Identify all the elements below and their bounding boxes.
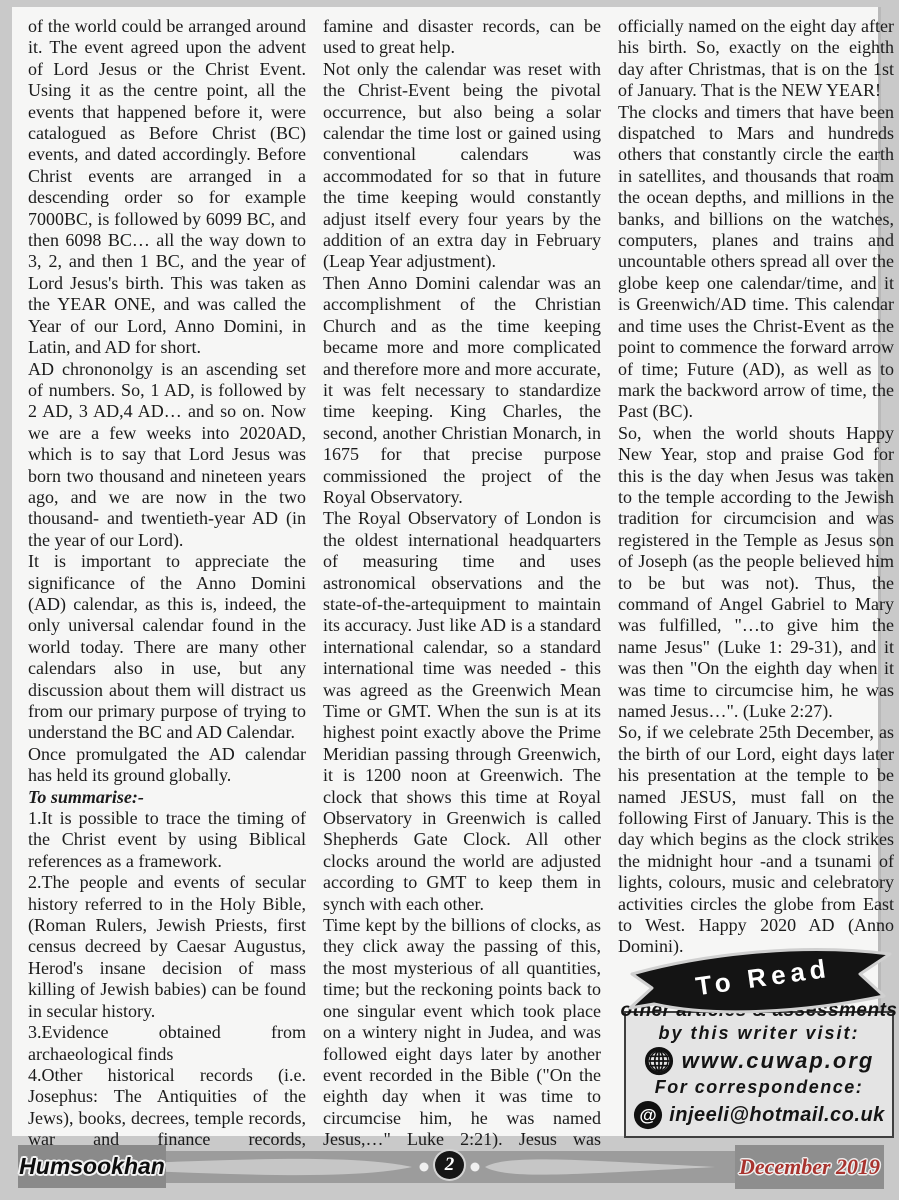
to-read-ribbon: To Read: [626, 940, 896, 1016]
paragraph: Time kept by the billions of clocks, as …: [323, 915, 601, 1150]
paragraph: The clocks and timers that have been dis…: [618, 102, 894, 423]
contact-info-box: other articles & assessments by this wri…: [624, 1011, 894, 1138]
text-column-3: officially named on the eight day after …: [618, 16, 894, 958]
text-column-1: of the world could be arranged around it…: [28, 16, 306, 1151]
at-sign-icon: @: [633, 1100, 663, 1130]
paragraph: Once promulgated the AD calendar has hel…: [28, 744, 306, 787]
dot-left: [420, 1163, 429, 1172]
paragraph: 4.Other historical records (i.e. Josephu…: [28, 1065, 306, 1151]
correspondence-label: For correspondence:: [655, 1077, 864, 1098]
paragraph: AD chrononolgy is an ascending set of nu…: [28, 359, 306, 552]
paragraph: famine and disaster records, can be used…: [323, 16, 601, 59]
svg-text:@: @: [640, 1105, 657, 1125]
paragraph: So, if we celebrate 25th December, as th…: [618, 722, 894, 957]
paragraph: 2.The people and events of secular histo…: [28, 872, 306, 1022]
footer-publication-block: Humsookhan: [18, 1145, 166, 1188]
dot-right: [471, 1163, 480, 1172]
page-number: 2: [445, 1154, 455, 1176]
footer-date-block: December 2019: [735, 1145, 884, 1189]
page-number-badge: 2: [433, 1149, 466, 1181]
text-column-2: famine and disaster records, can be used…: [323, 16, 601, 1151]
issue-date: December 2019: [739, 1154, 880, 1180]
magazine-page: of the world could be arranged around it…: [12, 7, 881, 1136]
info-line-2: by this writer visit:: [658, 1023, 859, 1044]
paragraph: Then Anno Domini calendar was an accompl…: [323, 273, 601, 508]
paragraph: 1.It is possible to trace the timing of …: [28, 808, 306, 872]
paragraph: The Royal Observatory of London is the o…: [323, 508, 601, 915]
email-address: injeeli@hotmail.co.uk: [669, 1104, 885, 1127]
paragraph: 3.Evidence obtained from archaeological …: [28, 1022, 306, 1065]
paragraph: Not only the calendar was reset with the…: [323, 59, 601, 273]
globe-icon: [644, 1046, 674, 1076]
paragraph: So, when the world shouts Happy New Year…: [618, 423, 894, 723]
email-row: @ injeeli@hotmail.co.uk: [633, 1100, 885, 1130]
paragraph: officially named on the eight day after …: [618, 16, 894, 102]
website-row: www.cuwap.org: [644, 1046, 875, 1076]
paragraph: It is important to appreciate the signif…: [28, 551, 306, 744]
publication-title: Humsookhan: [19, 1153, 165, 1180]
section-heading: To summarise:-: [28, 787, 306, 808]
website-url: www.cuwap.org: [682, 1048, 875, 1074]
paragraph: of the world could be arranged around it…: [28, 16, 306, 359]
